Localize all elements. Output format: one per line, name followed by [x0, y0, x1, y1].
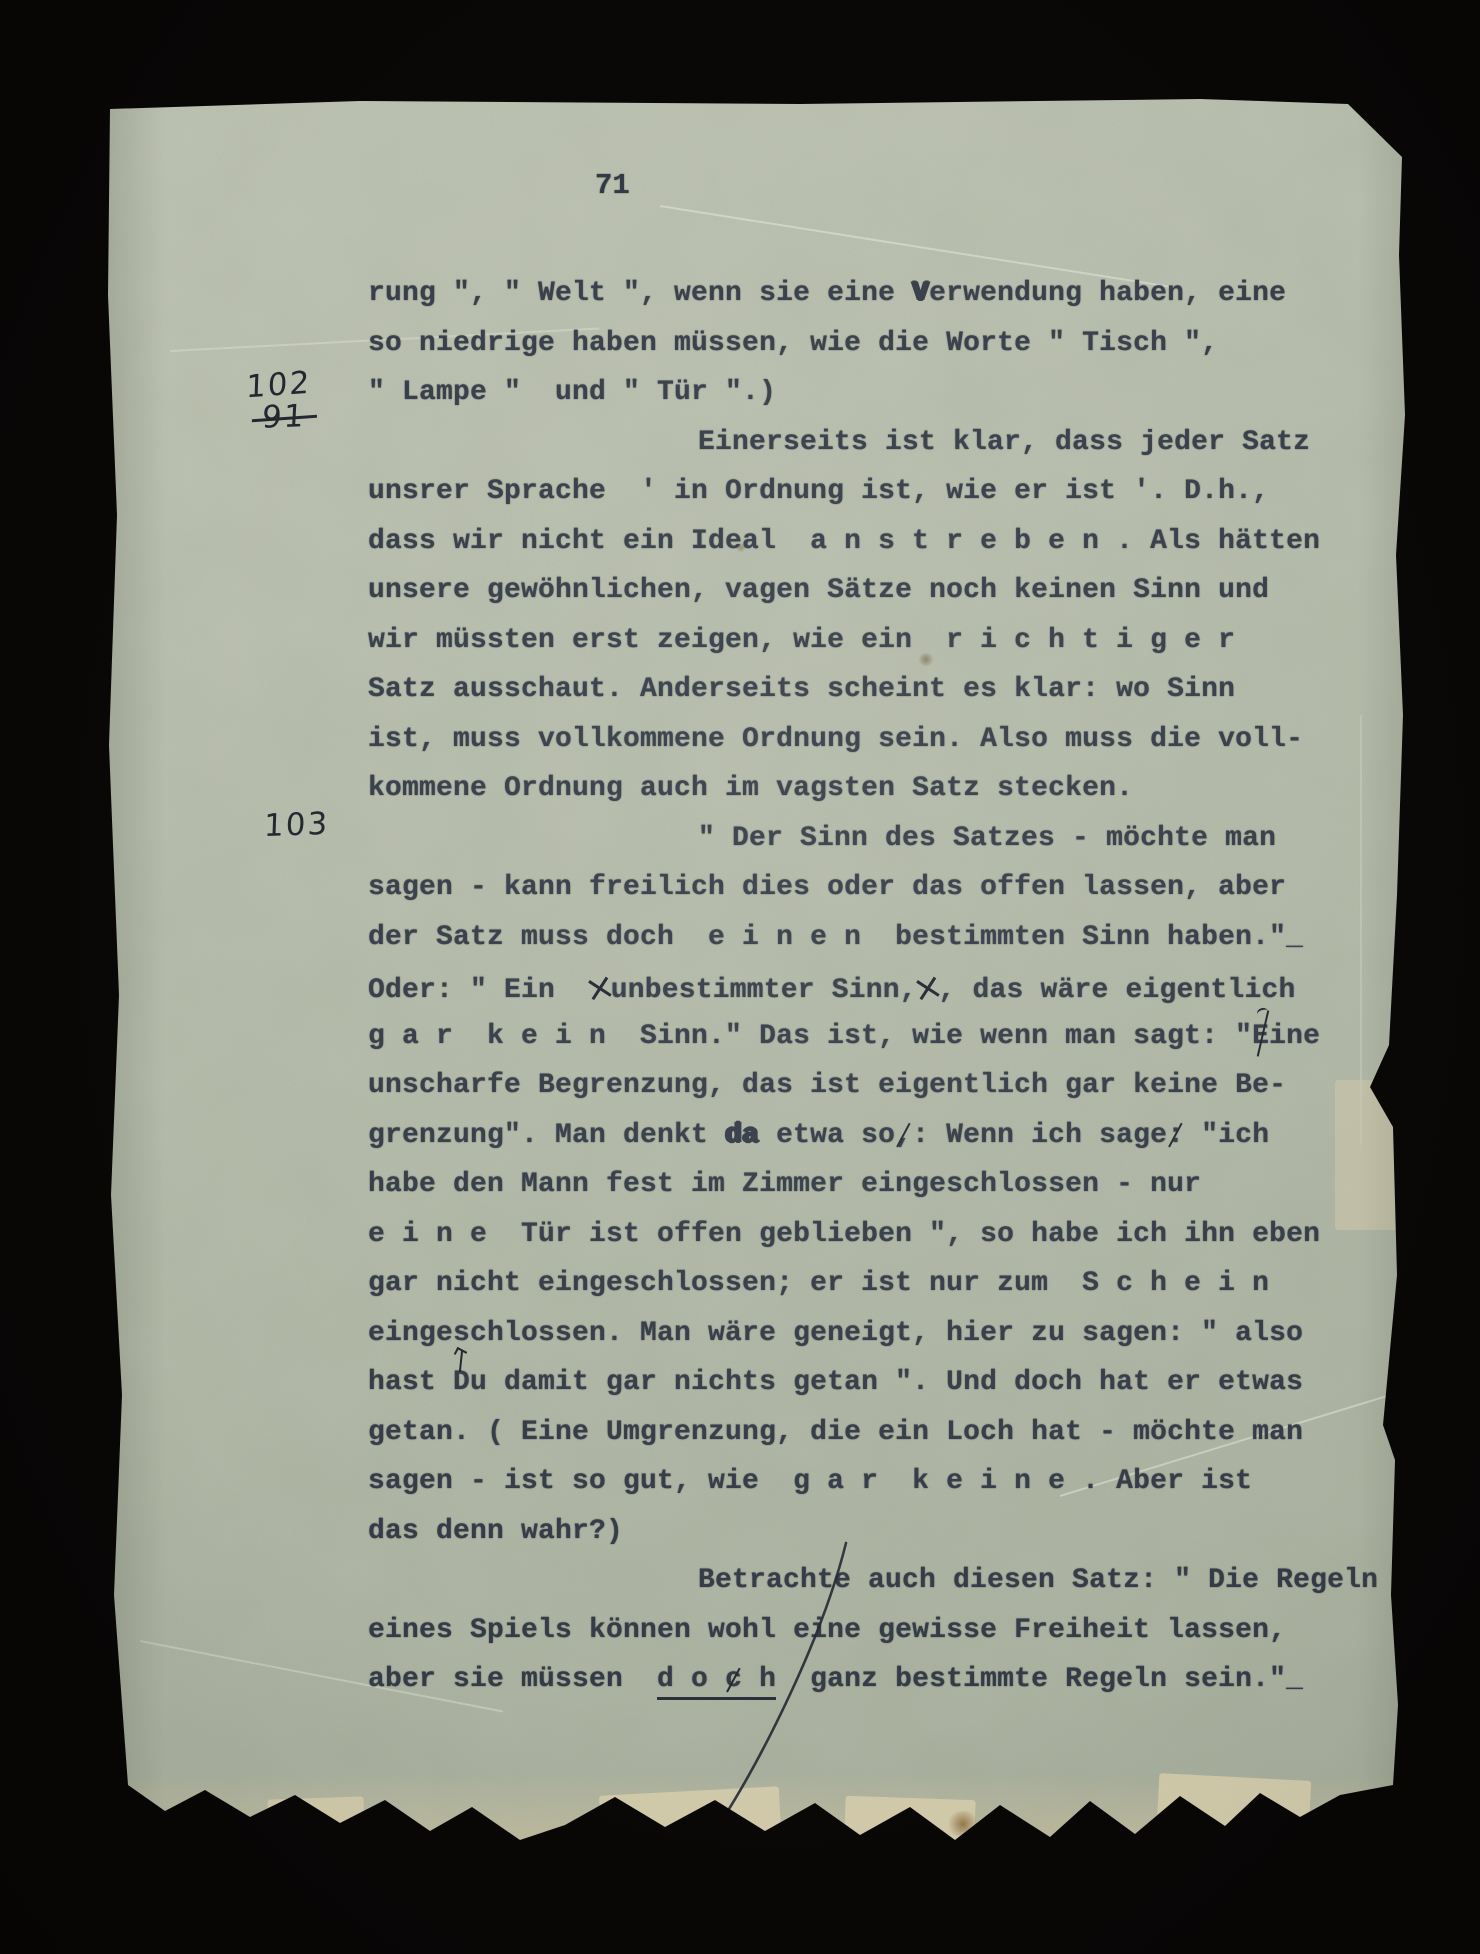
overtyped-text: da — [725, 1120, 759, 1151]
typed-text: sagen - kann freilich dies oder das offe… — [368, 872, 1286, 903]
typed-text: sagen - ist so gut, wie g a r k e i n e … — [368, 1466, 1252, 1497]
overtyped-text: V — [912, 278, 929, 309]
typed-text: damit gar nichts getan ". Und doch hat e… — [487, 1367, 1303, 1398]
typed-text: der Satz muss doch e i n e n bestimmten … — [368, 922, 1303, 953]
typescript-line: grenzung". Man denkt da etwa so,: Wenn i… — [368, 1120, 1269, 1151]
typed-text: kommene Ordnung auch im vagsten Satz ste… — [368, 773, 1133, 804]
typed-text: so niedrige haben müssen, wie die Worte … — [368, 328, 1218, 359]
typescript-line: e i n e Tür ist offen geblieben ", so ha… — [368, 1219, 1320, 1250]
typed-text: eines Spiels können wohl eine gewisse Fr… — [368, 1615, 1286, 1646]
typescript-line: habe den Mann fest im Zimmer eingeschlos… — [368, 1169, 1201, 1200]
typed-text: habe den Mann fest im Zimmer eingeschlos… — [368, 1169, 1201, 1200]
typescript-line: eingeschlossen. Man wäre geneigt, hier z… — [368, 1318, 1303, 1349]
typed-text: unsere gewöhnlichen, vagen Sätze noch ke… — [368, 575, 1269, 606]
typed-text: ganz bestimmte Regeln sein."_ — [776, 1664, 1303, 1695]
paper-stain — [946, 1811, 980, 1837]
typed-text: Einerseits ist klar, dass jeder Satz — [698, 427, 1310, 458]
struck-character: : — [1167, 1120, 1184, 1151]
typed-text: hast — [368, 1367, 453, 1398]
typescript-line: wir müssten erst zeigen, wie ein r i c h… — [368, 625, 1235, 656]
torn-edge-fragment — [599, 1786, 781, 1839]
torn-edge-fragment — [267, 1796, 364, 1832]
typed-text: : Wenn ich sage — [912, 1120, 1167, 1151]
typed-text: ist, muss vollkommene Ordnung sein. Also… — [368, 724, 1303, 755]
hand-underlined-struck-letter: c — [725, 1664, 742, 1700]
typed-text: wir müssten erst zeigen, wie ein r i c h… — [368, 625, 1235, 656]
typescript-line: " Der Sinn des Satzes - möchte man — [698, 823, 1276, 854]
typescript-line: das denn wahr?) — [368, 1516, 623, 1547]
typescript-line: gar nicht eingeschlossen; er ist nur zum… — [368, 1268, 1269, 1299]
typed-text: e i n e Tür ist offen geblieben ", so ha… — [368, 1219, 1320, 1250]
struck-character: , — [895, 1120, 912, 1151]
typescript-line: aber sie müssen d o c h ganz bestimmte R… — [368, 1664, 1303, 1700]
typescript-line: getan. ( Eine Umgrenzung, die ein Loch h… — [368, 1417, 1303, 1448]
torn-edge-fragment — [1157, 1773, 1312, 1833]
hand-underlined-text: d o — [657, 1664, 725, 1700]
photo-background: 71 102 91 103 rung ", " Welt ", wenn sie… — [0, 0, 1480, 1954]
typescript-line: dass wir nicht ein Ideal a n s t r e b e… — [368, 526, 1320, 557]
typescript-line: unsrer Sprache ' in Ordnung ist, wie er … — [368, 476, 1269, 507]
typed-text: aber sie müssen — [368, 1664, 657, 1695]
typescript-line: der Satz muss doch e i n e n bestimmten … — [368, 922, 1303, 953]
typed-text: Betrachte auch diesen Satz: " Die Regeln — [698, 1565, 1378, 1596]
typed-text: getan. ( Eine Umgrenzung, die ein Loch h… — [368, 1417, 1303, 1448]
typescript-line: hast Du damit gar nichts getan ". Und do… — [368, 1367, 1303, 1398]
typescript-line: Satz ausschaut. Anderseits scheint es kl… — [368, 674, 1235, 705]
typescript-line: sagen - kann freilich dies oder das offe… — [368, 872, 1286, 903]
typed-text: "ich — [1184, 1120, 1269, 1151]
typed-text: Oder: " Ein — [368, 975, 589, 1006]
typescript-line: Einerseits ist klar, dass jeder Satz — [698, 427, 1310, 458]
typed-text: " Der Sinn des Satzes - möchte man — [698, 823, 1276, 854]
typescript-line: ist, muss vollkommene Ordnung sein. Also… — [368, 724, 1303, 755]
typescript-line: rung ", " Welt ", wenn sie eine Verwendu… — [368, 278, 1286, 309]
hand-underlined-text: h — [742, 1664, 776, 1700]
margin-annotation-103: 103 — [263, 806, 329, 844]
typed-text: g a r k e i n Sinn." Das ist, wie wenn m… — [368, 1021, 1252, 1052]
typed-text: das denn wahr?) — [368, 1516, 623, 1547]
typescript-line: so niedrige haben müssen, wie die Worte … — [368, 328, 1218, 359]
typed-text: erwendung haben, eine — [929, 278, 1286, 309]
typed-text: eingeschlossen. Man wäre geneigt, hier z… — [368, 1318, 1303, 1349]
typed-text: unscharfe Begrenzung, das ist eigentlich… — [368, 1070, 1286, 1101]
handwritten-corrected-letter: E — [1252, 1021, 1269, 1052]
typescript-line: g a r k e i n Sinn." Das ist, wie wenn m… — [368, 1021, 1320, 1052]
typescript-line: unsere gewöhnlichen, vagen Sätze noch ke… — [368, 575, 1269, 606]
paper-crease — [660, 205, 1174, 288]
typed-text: ine — [1269, 1021, 1320, 1052]
typescript-line: sagen - ist so gut, wie g a r k e i n e … — [368, 1466, 1252, 1497]
typed-text: dass wir nicht ein Ideal a n s t r e b e… — [368, 526, 1320, 557]
typescript-line: " Lampe " und " Tür ".) — [368, 377, 776, 408]
typed-text: rung ", " Welt ", wenn sie eine — [368, 278, 912, 309]
word-with-caret-mark: Du — [453, 1367, 487, 1398]
typescript-line: unscharfe Begrenzung, das ist eigentlich… — [368, 1070, 1286, 1101]
typescript-line: Oder: " Ein ×unbestimmter Sinn,×, das wä… — [368, 971, 1296, 1006]
margin-annotation-91-crossed-out: 91 — [261, 398, 306, 436]
typed-text: unsrer Sprache ' in Ordnung ist, wie er … — [368, 476, 1269, 507]
manuscript-page: 71 102 91 103 rung ", " Welt ", wenn sie… — [100, 95, 1410, 1850]
torn-edge-fragment — [844, 1796, 975, 1841]
typescript-line: Betrachte auch diesen Satz: " Die Regeln — [698, 1565, 1378, 1596]
typed-text: grenzung". Man denkt — [368, 1120, 725, 1151]
typescript-line: eines Spiels können wohl eine gewisse Fr… — [368, 1615, 1286, 1646]
page-number: 71 — [595, 169, 630, 202]
typed-text: , das wäre eigentlich — [938, 975, 1295, 1006]
typed-text: unbestimmter Sinn, — [611, 975, 917, 1006]
typed-text: etwa so — [759, 1120, 895, 1151]
typescript-text-block: rung ", " Welt ", wenn sie eine Verwendu… — [368, 278, 1413, 1718]
typed-text: Satz ausschaut. Anderseits scheint es kl… — [368, 674, 1235, 705]
typescript-line: kommene Ordnung auch im vagsten Satz ste… — [368, 773, 1133, 804]
typed-text: " Lampe " und " Tür ".) — [368, 377, 776, 408]
typed-text: gar nicht eingeschlossen; er ist nur zum… — [368, 1268, 1269, 1299]
